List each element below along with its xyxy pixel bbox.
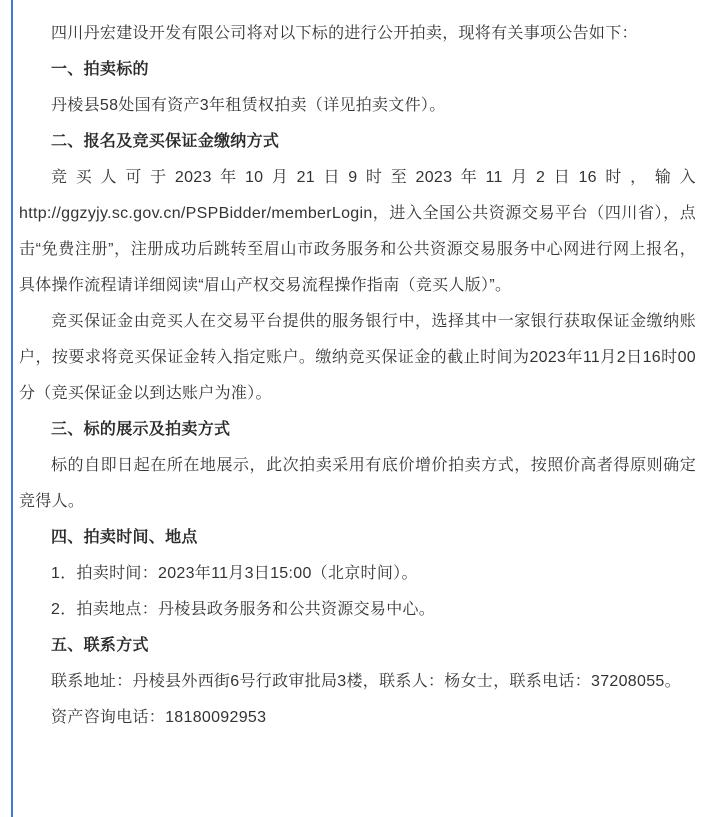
announcement-page: 四川丹宏建设开发有限公司将对以下标的进行公开拍卖，现将有关事项公告如下： 一、拍… [0,0,709,817]
section-heading: 三、标的展示及拍卖方式 [19,412,696,448]
announcement-body: 四川丹宏建设开发有限公司将对以下标的进行公开拍卖，现将有关事项公告如下： 一、拍… [19,16,696,736]
paragraph: 丹棱县58处国有资产3年租赁权拍卖（详见拍卖文件）。 [19,88,696,124]
section-heading: 一、拍卖标的 [19,52,696,88]
paragraph: 联系地址：丹棱县外西街6号行政审批局3楼，联系人：杨女士，联系电话：372080… [19,664,696,700]
section-heading: 二、报名及竞买保证金缴纳方式 [19,124,696,160]
section-heading: 五、联系方式 [19,628,696,664]
left-accent-line [11,0,13,817]
sections-container: 一、拍卖标的丹棱县58处国有资产3年租赁权拍卖（详见拍卖文件）。二、报名及竞买保… [19,52,696,736]
paragraph: 2．拍卖地点：丹棱县政务服务和公共资源交易中心。 [19,592,696,628]
section-heading: 四、拍卖时间、地点 [19,520,696,556]
paragraph: 1．拍卖时间：2023年11月3日15:00（北京时间）。 [19,556,696,592]
paragraph: 标的自即日起在所在地展示，此次拍卖采用有底价增价拍卖方式，按照价高者得原则确定竞… [19,448,696,520]
paragraph: 资产咨询电话：18180092953 [19,700,696,736]
paragraph: 竞买人可于2023年10月21日9时至2023年11月2日16时，输入http:… [19,160,696,304]
paragraph: 竞买保证金由竞买人在交易平台提供的服务银行中，选择其中一家银行获取保证金缴纳账户… [19,304,696,412]
intro-paragraph: 四川丹宏建设开发有限公司将对以下标的进行公开拍卖，现将有关事项公告如下： [19,16,696,52]
